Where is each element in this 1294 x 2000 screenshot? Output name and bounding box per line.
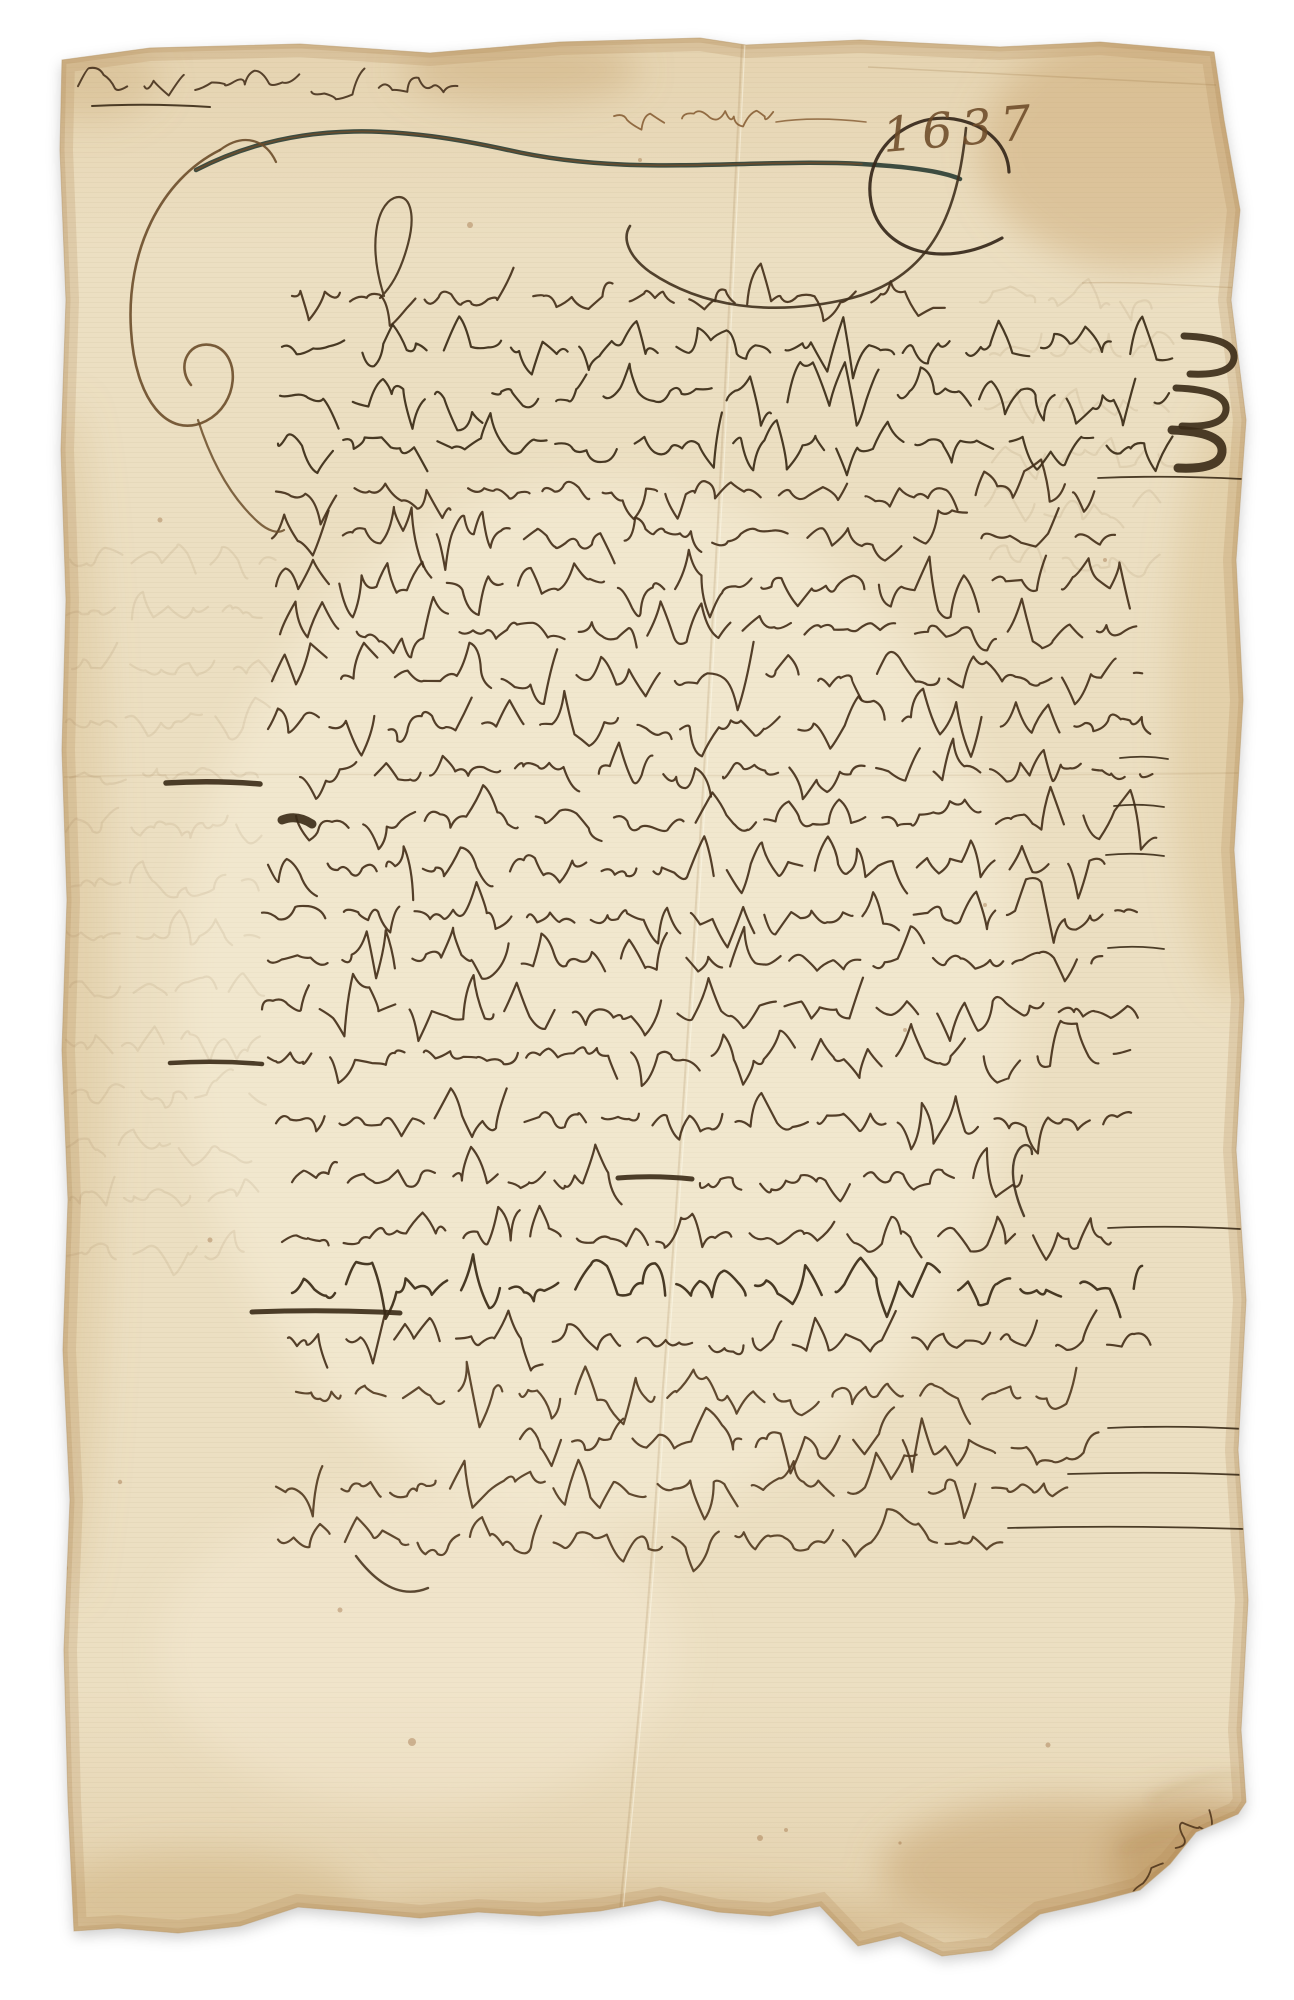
foxing-spot (903, 1028, 907, 1032)
left-margin-dash-1 (166, 782, 260, 784)
manuscript-svg: 1637 (0, 0, 1294, 2000)
foxing-spot (784, 1828, 788, 1832)
foxing-spot (338, 1608, 343, 1613)
foxing-spot (61, 1758, 66, 1763)
foxing-spot (1103, 558, 1107, 562)
foxing-spot (59, 1737, 65, 1743)
foxing-spot (208, 1238, 213, 1243)
foxing-spot (638, 158, 642, 162)
foxing-spot (1046, 1743, 1051, 1748)
manuscript-photo: 1637 (0, 0, 1294, 2000)
foxing-spot (408, 1738, 416, 1746)
foxing-spot (467, 222, 473, 228)
left-margin-dash-2 (170, 1062, 262, 1064)
foxing-spot (757, 1835, 763, 1841)
foxing-spot (118, 1480, 122, 1484)
line21-underline (252, 1311, 400, 1313)
line19-mid-dash (618, 1177, 692, 1179)
foxing-spot (983, 903, 987, 907)
foxing-spot (158, 518, 163, 523)
foxing-spot (898, 1841, 901, 1844)
